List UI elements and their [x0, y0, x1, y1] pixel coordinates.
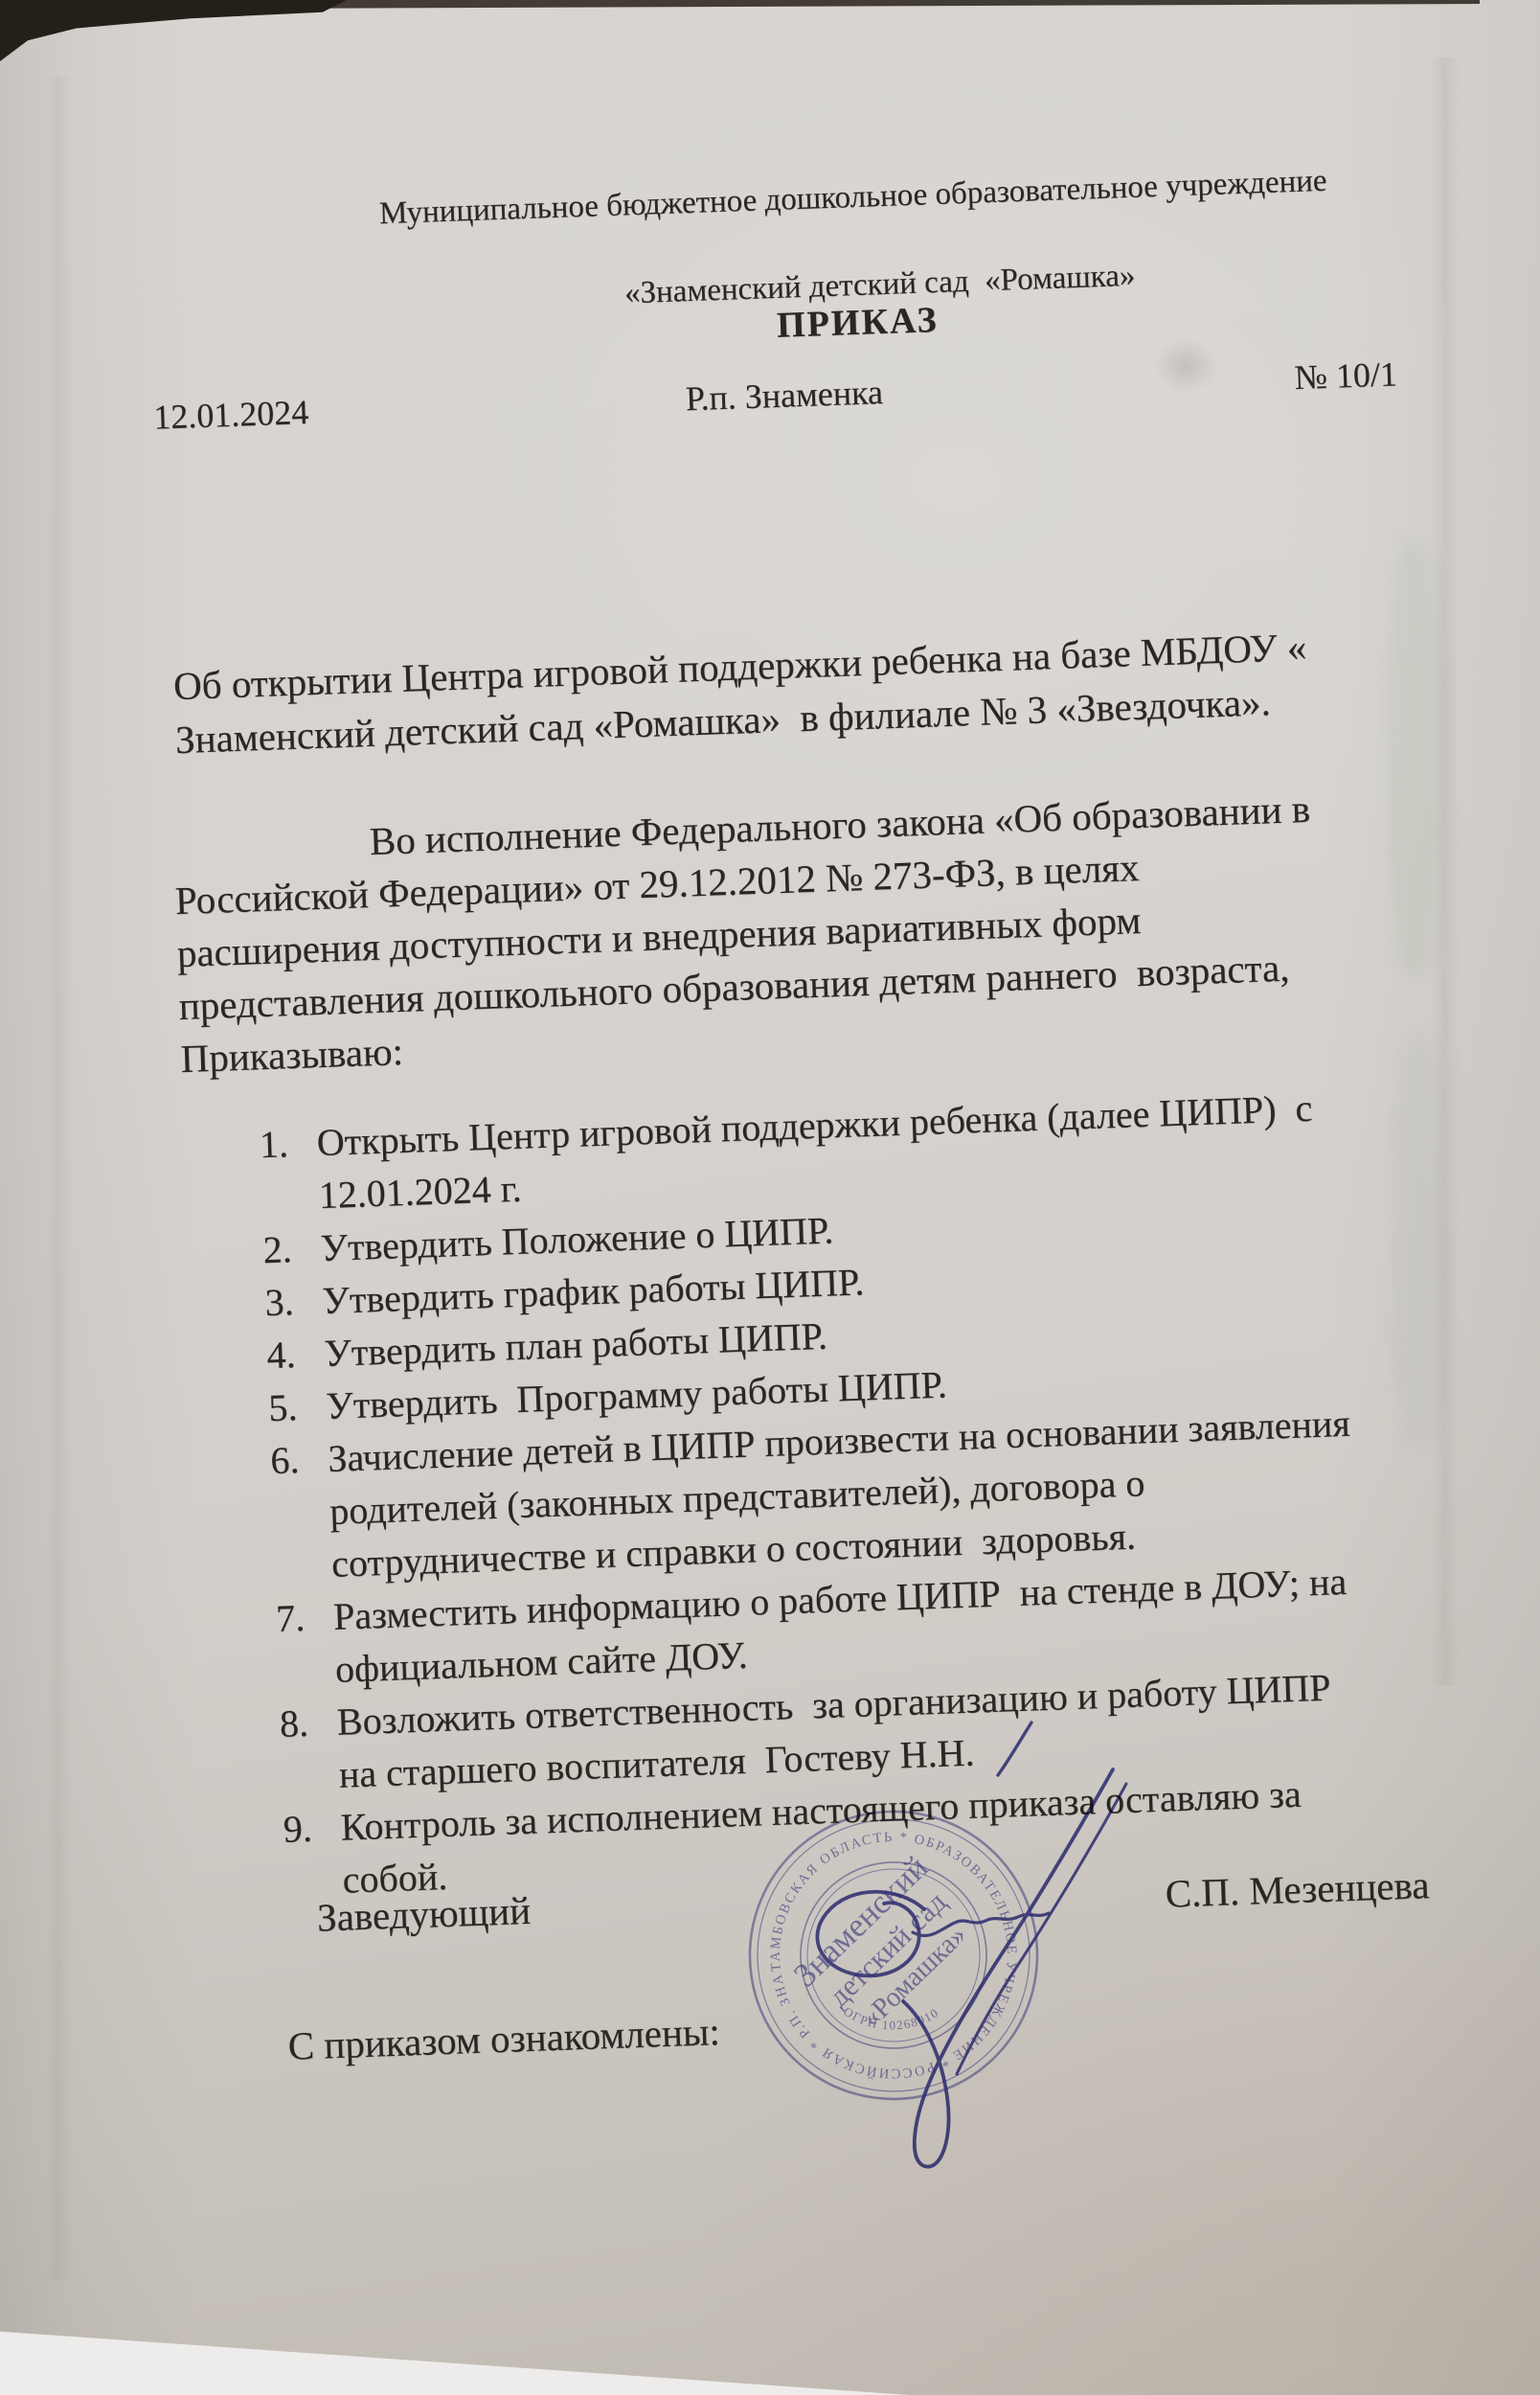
- stamp-center-text: Знаменский детский сад «Ромашка»: [786, 1848, 986, 2046]
- item-number: 8.: [279, 1696, 338, 1750]
- item-number: 3.: [264, 1274, 324, 1329]
- item-number: 1.: [259, 1116, 318, 1171]
- item-number: 9.: [283, 1801, 342, 1856]
- item-number: 5.: [267, 1380, 327, 1434]
- stamp-outer-ring-text: ТАМБОВСКАЯ ОБЛАСТЬ * ОБРАЗОВАТЕЛЬНОЕ УЧР…: [625, 1668, 1035, 2118]
- item-number: 6.: [269, 1432, 328, 1487]
- item-number: 2.: [262, 1221, 322, 1276]
- item-number: 4.: [266, 1327, 326, 1381]
- organization-name-line1: Муниципальное бюджетное дошкольное образ…: [378, 164, 1327, 232]
- handwritten-signature-icon: [817, 1722, 1126, 2167]
- item-number: 7.: [275, 1590, 334, 1645]
- document-number: № 10/1: [1294, 354, 1398, 398]
- signature-role-label: Заведующий: [316, 1887, 532, 1941]
- official-stamp: ТАМБОВСКАЯ ОБЛАСТЬ * ОБРАЗОВАТЕЛЬНОЕ УЧР…: [625, 1668, 1162, 2243]
- ink-smudge: [1144, 331, 1227, 401]
- paper-crease: [46, 77, 71, 2280]
- stamp-and-signature-icon: ТАМБОВСКАЯ ОБЛАСТЬ * ОБРАЗОВАТЕЛЬНОЕ УЧР…: [625, 1668, 1162, 2243]
- scanned-order-page: Муниципальное бюджетное дошкольное образ…: [0, 0, 1540, 2395]
- bleed-through-streak: [1393, 1035, 1441, 1447]
- bleed-through-streak: [1387, 536, 1440, 977]
- order-preamble: Во исполнение Федерального закона «Об об…: [172, 776, 1493, 1085]
- signatory-name: С.П. Мезенцева: [1165, 1861, 1430, 1917]
- order-subject: Об открытии Центра игровой поддержки реб…: [172, 613, 1487, 766]
